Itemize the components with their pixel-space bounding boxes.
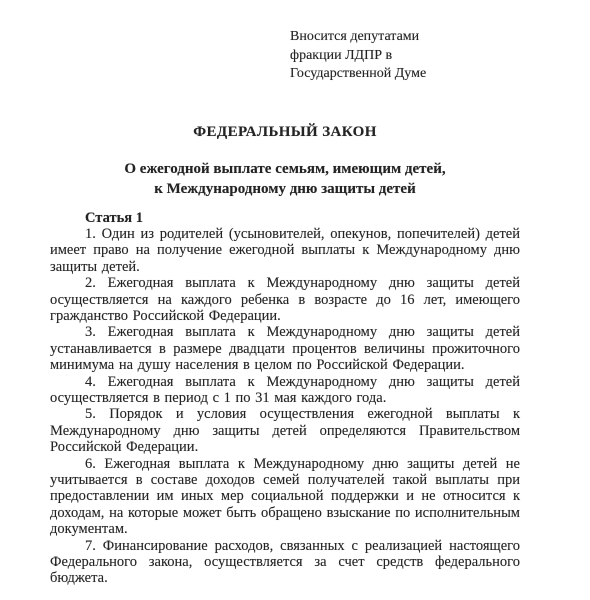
article-paragraph-5: 5. Порядок и условия осуществления ежего… xyxy=(50,406,520,455)
article-paragraph-2: 2. Ежегодная выплата к Международному дн… xyxy=(50,275,520,324)
law-title: ФЕДЕРАЛЬНЫЙ ЗАКОН xyxy=(50,124,520,140)
introduction-note-line: Вносится депутатами xyxy=(290,28,520,47)
introduction-note-line: фракции ЛДПР в xyxy=(290,47,520,66)
article-paragraph-7: 7. Финансирование расходов, связанных с … xyxy=(50,538,520,587)
article-heading: Статья 1 xyxy=(50,210,520,226)
introduction-note-line: Государственной Думе xyxy=(290,65,520,84)
article-body: 1. Один из родителей (усыновителей, опек… xyxy=(50,226,520,587)
law-subtitle: О ежегодной выплате семьям, имеющим дете… xyxy=(50,159,520,199)
article-paragraph-4: 4. Ежегодная выплата к Международному дн… xyxy=(50,374,520,407)
document-page: Вносится депутатами фракции ЛДПР в Госуд… xyxy=(0,0,590,600)
article-paragraph-3: 3. Ежегодная выплата к Международному дн… xyxy=(50,324,520,373)
article-paragraph-6: 6. Ежегодная выплата к Международному дн… xyxy=(50,456,520,538)
law-subtitle-line: к Международному дню защиты детей xyxy=(50,179,520,199)
article-paragraph-1: 1. Один из родителей (усыновителей, опек… xyxy=(50,226,520,275)
law-subtitle-line: О ежегодной выплате семьям, имеющим дете… xyxy=(50,159,520,179)
introduction-note: Вносится депутатами фракции ЛДПР в Госуд… xyxy=(290,28,520,84)
document-content: Вносится депутатами фракции ЛДПР в Госуд… xyxy=(0,0,590,587)
